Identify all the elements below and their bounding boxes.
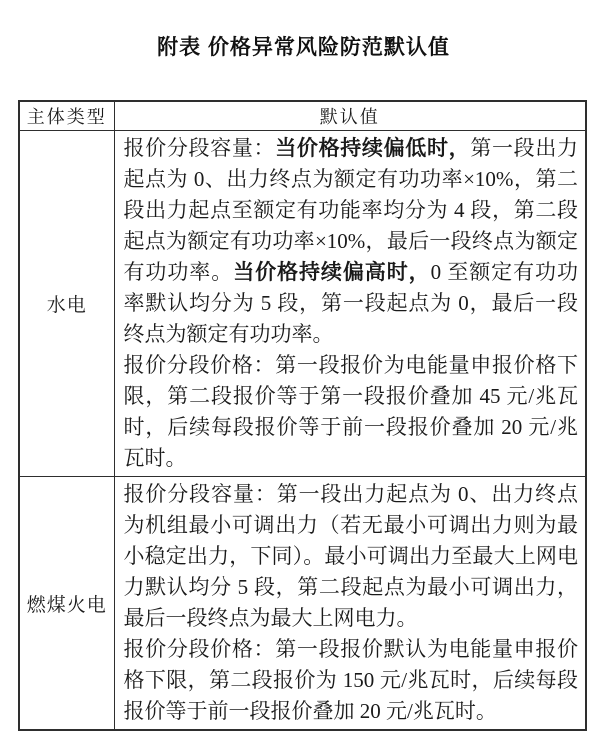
row-default-value: 报价分段容量：第一段出力起点为 0、出力终点为机组最小可调出力（若无最小可调出力…	[114, 477, 586, 731]
paragraph: 报价分段价格：第一段报价为电能量申报价格下限，第二段报价等于第一段报价叠加 45…	[124, 350, 579, 474]
header-row: 主体类型 默认值	[19, 101, 586, 131]
text-run: 报价分段容量：	[124, 136, 276, 160]
row-default-value: 报价分段容量：当价格持续偏低时，第一段出力起点为 0、出力终点为额定有功功率×1…	[114, 131, 586, 477]
text-run: 报价分段价格：第一段报价默认为电能量申报价格下限，第二段报价为 150 元/兆瓦…	[124, 637, 579, 723]
row-label: 燃煤火电	[19, 477, 114, 731]
paragraph: 报价分段容量：当价格持续偏低时，第一段出力起点为 0、出力终点为额定有功功率×1…	[124, 133, 579, 350]
table-row: 燃煤火电报价分段容量：第一段出力起点为 0、出力终点为机组最小可调出力（若无最小…	[19, 477, 586, 731]
row-label: 水电	[19, 131, 114, 477]
header-default-value: 默认值	[114, 101, 586, 131]
table-body: 水电报价分段容量：当价格持续偏低时，第一段出力起点为 0、出力终点为额定有功功率…	[19, 131, 586, 731]
text-run: 报价分段价格：第一段报价为电能量申报价格下限，第二段报价等于第一段报价叠加 45…	[124, 353, 579, 470]
emphasis-text: 当价格持续偏高时，	[233, 260, 430, 284]
emphasis-text: 当价格持续偏低时，	[275, 136, 470, 160]
paragraph: 报价分段价格：第一段报价默认为电能量申报价格下限，第二段报价为 150 元/兆瓦…	[124, 634, 579, 727]
paragraph: 报价分段容量：第一段出力起点为 0、出力终点为机组最小可调出力（若无最小可调出力…	[124, 479, 579, 634]
defaults-table: 主体类型 默认值 水电报价分段容量：当价格持续偏低时，第一段出力起点为 0、出力…	[18, 100, 587, 731]
table-row: 水电报价分段容量：当价格持续偏低时，第一段出力起点为 0、出力终点为额定有功功率…	[19, 131, 586, 477]
header-subject-type: 主体类型	[19, 101, 114, 131]
document-page: 附表 价格异常风险防范默认值 主体类型 默认值 水电报价分段容量：当价格持续偏低…	[0, 0, 607, 61]
text-run: 报价分段容量：第一段出力起点为 0、出力终点为机组最小可调出力（若无最小可调出力…	[124, 482, 579, 630]
page-title: 附表 价格异常风险防范默认值	[0, 0, 607, 61]
